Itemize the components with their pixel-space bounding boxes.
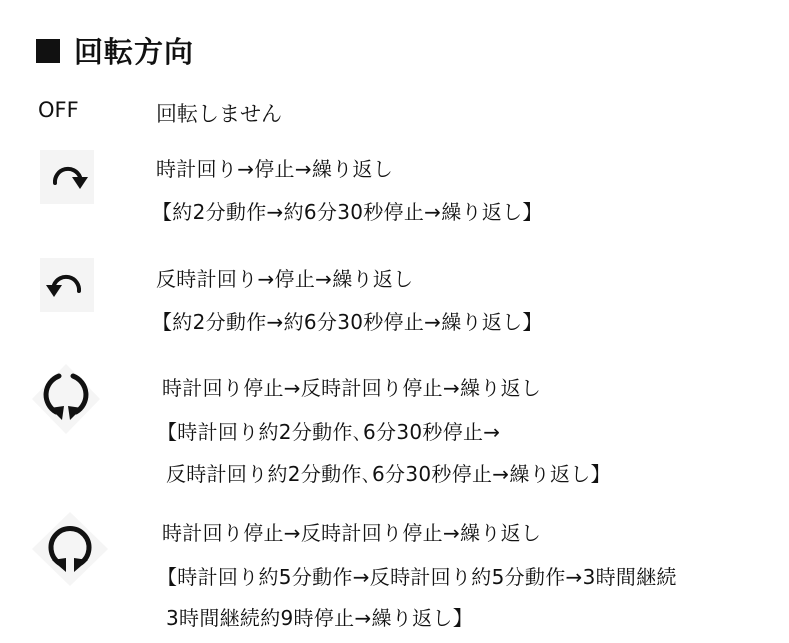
mode-off-label: OFF	[38, 98, 79, 122]
mode-cw-line-1: 時計回り→停止→繰り返し	[156, 153, 393, 182]
mode-cw-line-2: 【約2分動作→約6分30秒停止→繰り返し】	[152, 196, 543, 225]
counterclockwise-arrow-icon	[40, 258, 94, 312]
mode-cont-line-3: 3時間継続約9時停止→繰り返し】	[166, 602, 473, 631]
continuous-alternating-rotation-icon	[28, 510, 112, 588]
section-title-text: 回転方向	[74, 30, 194, 71]
mode-alt-line-3: 反時計回り約2分動作､6分30秒停止→繰り返し】	[166, 458, 611, 487]
mode-ccw-line-1: 反時計回り→停止→繰り返し	[156, 263, 413, 292]
mode-cont-line-2: 【時計回り約5分動作→反時計回り約5分動作→3時間継続	[157, 561, 677, 590]
mode-alt-line-2: 【時計回り約2分動作､6分30秒停止→	[157, 416, 500, 445]
alternating-rotation-icon	[26, 362, 106, 436]
mode-alt-line-1: 時計回り停止→反時計回り停止→繰り返し	[162, 372, 541, 401]
mode-ccw-line-2: 【約2分動作→約6分30秒停止→繰り返し】	[152, 306, 543, 335]
mode-off-description: 回転しません	[156, 98, 282, 128]
section-title: 回転方向	[36, 30, 194, 71]
mode-cont-line-1: 時計回り停止→反時計回り停止→繰り返し	[162, 517, 541, 546]
square-bullet-icon	[36, 39, 60, 63]
clockwise-arrow-icon	[40, 150, 94, 204]
